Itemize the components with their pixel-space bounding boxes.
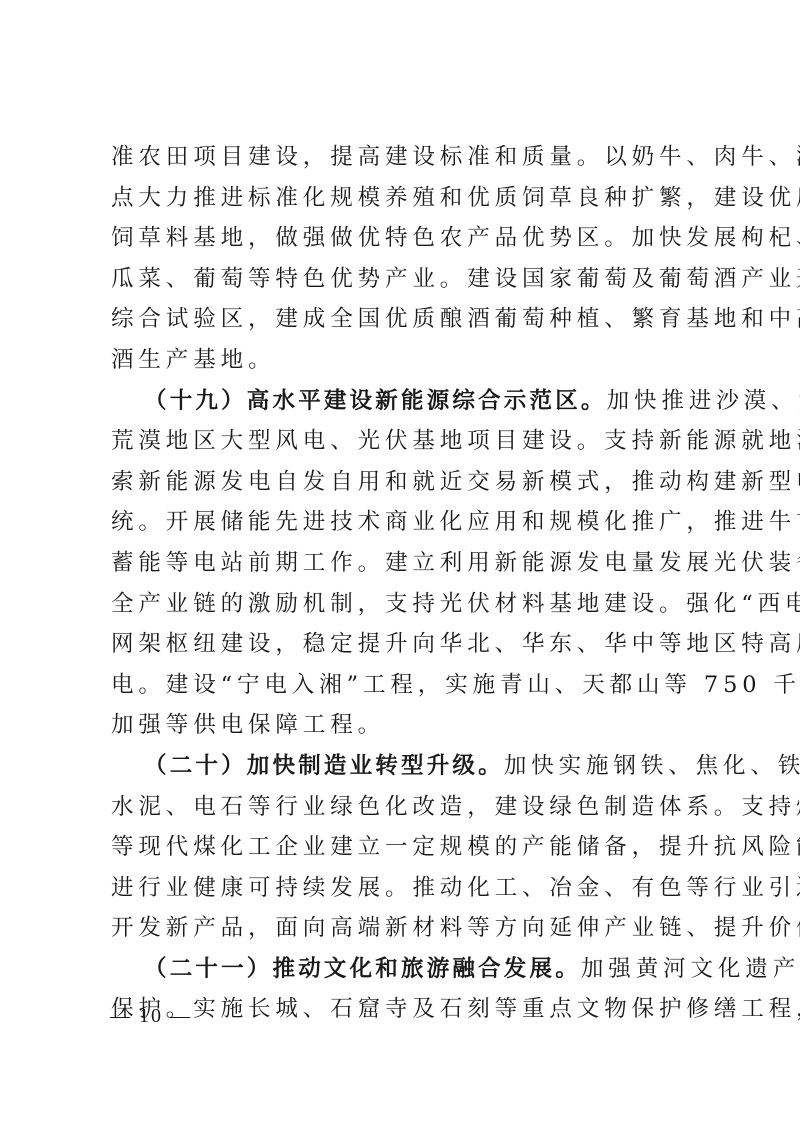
text-line: 酒生产基地。 bbox=[111, 340, 693, 381]
text-run: 加快推进沙漠、戈壁、 bbox=[607, 388, 800, 414]
text-line: 进行业健康可持续发展。推动化工、冶金、有色等行业引进新技术、 bbox=[111, 868, 693, 909]
text-line: 综合试验区，建成全国优质酿酒葡萄种植、繁育基地和中高端酒庄 bbox=[111, 299, 693, 340]
paragraph-section-19: （十九）高水平建设新能源综合示范区。加快推进沙漠、戈壁、 荒漠地区大型风电、光伏… bbox=[111, 381, 693, 746]
body-text: 准农田项目建设，提高建设标准和质量。以奶牛、肉牛、滩羊为重 点大力推进标准化规模… bbox=[111, 137, 693, 1030]
text-line: 点大力推进标准化规模养殖和优质饲草良种扩繁，建设优质奶源和 bbox=[111, 178, 693, 219]
text-line: 荒漠地区大型风电、光伏基地项目建设。支持新能源就地消纳，探 bbox=[111, 421, 693, 462]
text-line: 加强等供电保障工程。 bbox=[111, 705, 693, 746]
paragraph-section-20: （二十）加快制造业转型升级。加快实施钢铁、焦化、铁合金、 水泥、电石等行业绿色化… bbox=[111, 746, 693, 949]
text-run: 加快实施钢铁、焦化、铁合金、 bbox=[504, 753, 800, 779]
text-line: 等现代煤化工企业建立一定规模的产能储备，提升抗风险能力，促 bbox=[111, 827, 693, 868]
section-heading-21: （二十一）推动文化和旅游融合发展。 bbox=[144, 956, 581, 982]
text-run: 加强黄河文化遗产系统 bbox=[581, 956, 800, 982]
text-line: 准农田项目建设，提高建设标准和质量。以奶牛、肉牛、滩羊为重 bbox=[111, 137, 693, 178]
page-number: — 10 — bbox=[110, 1005, 192, 1028]
text-line-first: （二十一）推动文化和旅游融合发展。加强黄河文化遗产系统 bbox=[111, 949, 693, 990]
text-line: 网架枢纽建设，稳定提升向华北、华东、华中等地区特高压直流送 bbox=[111, 624, 693, 665]
text-line: 饲草料基地，做强做优特色农产品优势区。加快发展枸杞、畜牧、 bbox=[111, 218, 693, 259]
text-line: 水泥、电石等行业绿色化改造，建设绿色制造体系。支持煤制油气 bbox=[111, 787, 693, 828]
section-heading-20: （二十）加快制造业转型升级。 bbox=[144, 753, 504, 779]
text-line-first: （十九）高水平建设新能源综合示范区。加快推进沙漠、戈壁、 bbox=[111, 381, 693, 422]
paragraph-section-21: （二十一）推动文化和旅游融合发展。加强黄河文化遗产系统 保护。实施长城、石窟寺及… bbox=[111, 949, 693, 1030]
text-line: 保护。实施长城、石窟寺及石刻等重点文物保护修缮工程，推进水 bbox=[111, 989, 693, 1030]
text-line: 全产业链的激励机制，支持光伏材料基地建设。强化“西电东送” bbox=[111, 584, 693, 625]
text-line: 统。开展储能先进技术商业化应用和规模化推广，推进牛首山抽水 bbox=[111, 502, 693, 543]
document-page: 准农田项目建设，提高建设标准和质量。以奶牛、肉牛、滩羊为重 点大力推进标准化规模… bbox=[0, 0, 800, 1131]
section-heading-19: （十九）高水平建设新能源综合示范区。 bbox=[144, 388, 607, 414]
text-line-first: （二十）加快制造业转型升级。加快实施钢铁、焦化、铁合金、 bbox=[111, 746, 693, 787]
text-line: 电。建设“宁电入湘”工程，实施青山、天都山等 750 千伏主网架 bbox=[111, 665, 693, 706]
text-line: 蓄能等电站前期工作。建立利用新能源发电量发展光伏装备制造业 bbox=[111, 543, 693, 584]
text-line: 瓜菜、葡萄等特色优势产业。建设国家葡萄及葡萄酒产业开放发展 bbox=[111, 259, 693, 300]
text-line: 索新能源发电自发自用和就近交易新模式，推动构建新型电力系 bbox=[111, 462, 693, 503]
text-line: 开发新产品，面向高端新材料等方向延伸产业链、提升价值链。 bbox=[111, 908, 693, 949]
paragraph-agriculture: 准农田项目建设，提高建设标准和质量。以奶牛、肉牛、滩羊为重 点大力推进标准化规模… bbox=[111, 137, 693, 381]
